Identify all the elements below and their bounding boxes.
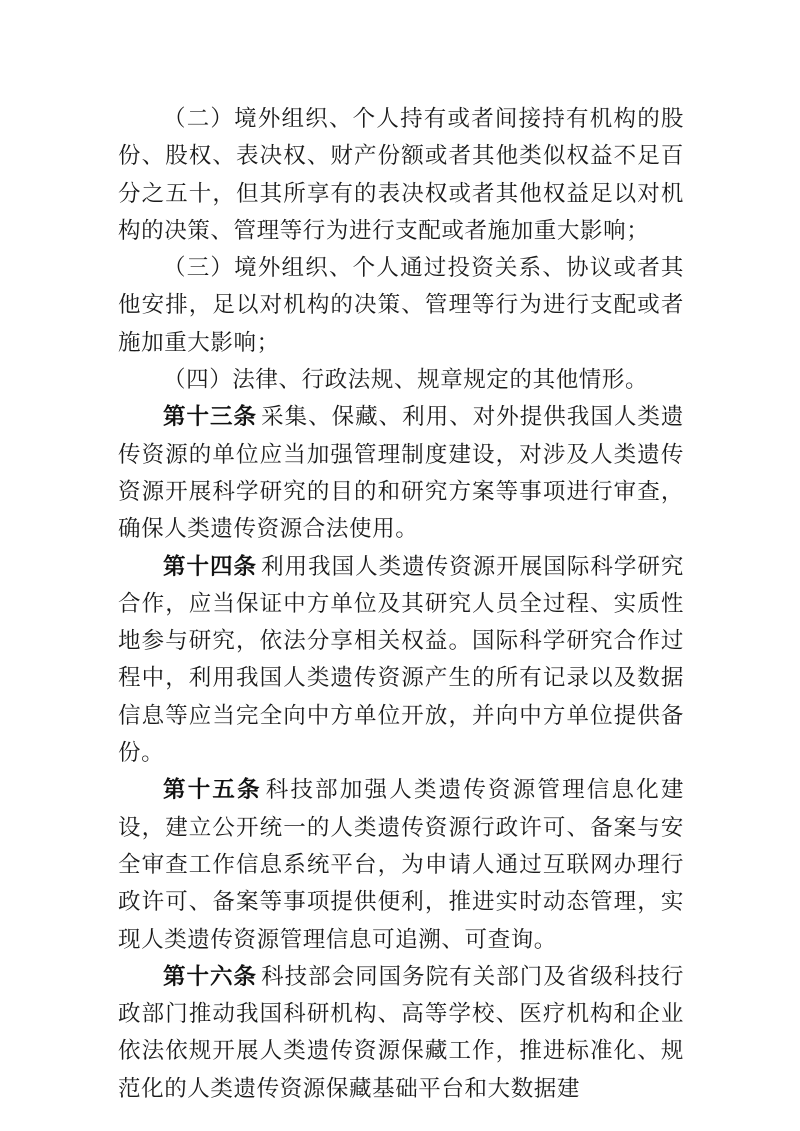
article-number: 第十四条 [163, 554, 257, 580]
paragraph-item-2: （二）境外组织、个人持有或者间接持有机构的股份、股权、表决权、财产份额或者其他类… [118, 101, 684, 250]
article-14: 第十四条利用我国人类遗传资源开展国际科学研究合作，应当保证中方单位及其研究人员全… [118, 549, 684, 773]
article-number: 第十五条 [163, 777, 262, 803]
paragraph-text: （二）境外组织、个人持有或者间接持有机构的股份、股权、表决权、财产份额或者其他类… [118, 106, 684, 244]
article-13: 第十三条采集、保藏、利用、对外提供我国人类遗传资源的单位应当加强管理制度建设，对… [118, 399, 684, 548]
document-page: （二）境外组织、个人持有或者间接持有机构的股份、股权、表决权、财产份额或者其他类… [118, 101, 684, 1108]
paragraph-item-4: （四）法律、行政法规、规章规定的其他情形。 [118, 362, 684, 399]
paragraph-text: （四）法律、行政法规、规章规定的其他情形。 [163, 367, 648, 393]
paragraph-item-3: （三）境外组织、个人通过投资关系、协议或者其他安排，足以对机构的决策、管理等行为… [118, 250, 684, 362]
article-16: 第十六条科技部会同国务院有关部门及省级科技行政部门推动我国科研机构、高等学校、医… [118, 959, 684, 1108]
article-text: 利用我国人类遗传资源开展国际科学研究合作，应当保证中方单位及其研究人员全过程、实… [118, 554, 684, 766]
article-text: 科技部加强人类遗传资源管理信息化建设，建立公开统一的人类遗传资源行政许可、备案与… [118, 777, 684, 952]
article-number: 第十三条 [163, 404, 257, 430]
paragraph-text: （三）境外组织、个人通过投资关系、协议或者其他安排，足以对机构的决策、管理等行为… [118, 255, 684, 356]
article-15: 第十五条科技部加强人类遗传资源管理信息化建设，建立公开统一的人类遗传资源行政许可… [118, 772, 684, 958]
article-number: 第十六条 [163, 964, 257, 990]
